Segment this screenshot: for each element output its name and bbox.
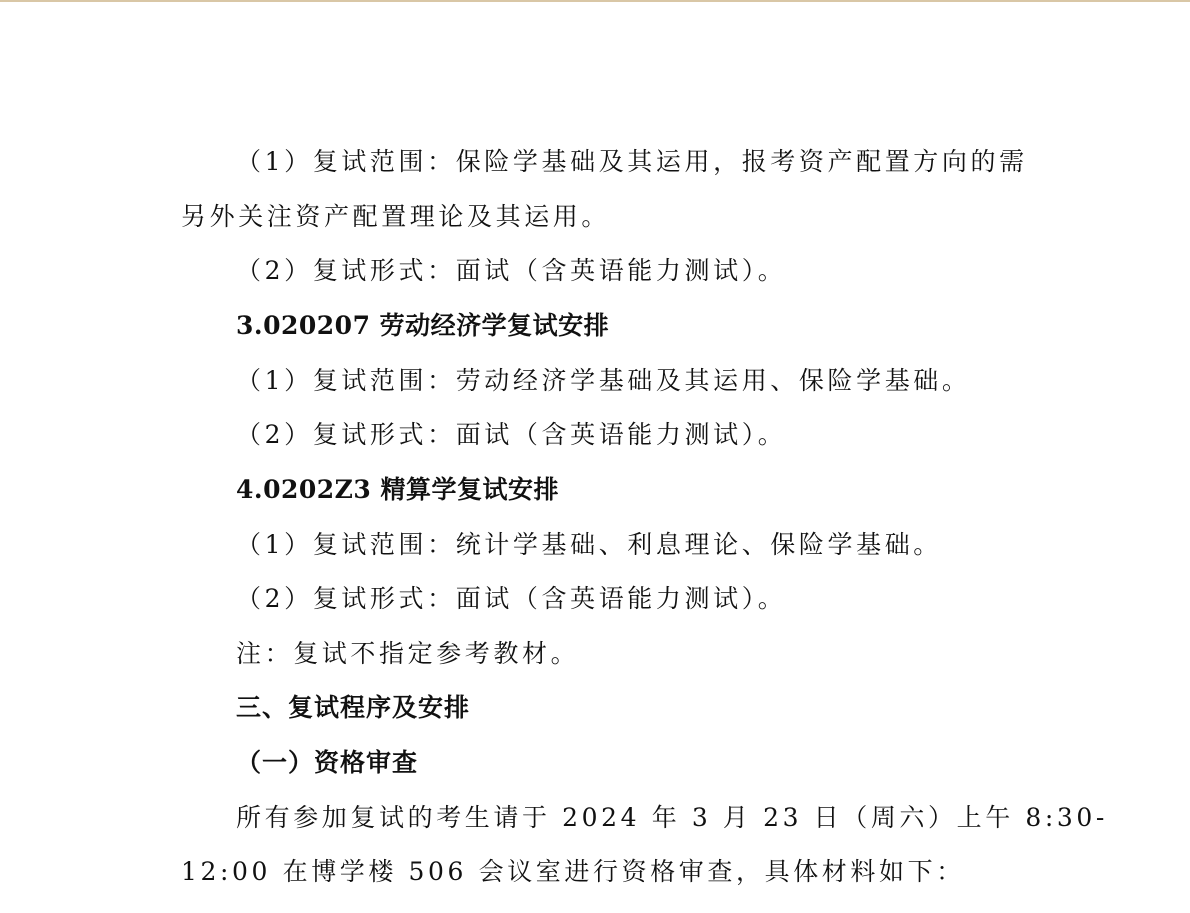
labor-economics-heading: 3.020207 劳动经济学复试安排 [236, 311, 609, 341]
insurance-scope-line-1: （1）复试范围：保险学基础及其运用，报考资产配置方向的需 [236, 147, 1028, 177]
note-line: 注：复试不指定参考教材。 [236, 639, 579, 669]
labor-scope-line: （1）复试范围：劳动经济学基础及其运用、保险学基础。 [236, 366, 971, 396]
qualification-review-heading: （一）资格审查 [236, 748, 418, 778]
review-paragraph-line-1: 所有参加复试的考生请于 2024 年 3 月 23 日（周六）上午 8:30- [236, 803, 1108, 833]
insurance-form-line: （2）复试形式：面试（含英语能力测试）。 [236, 256, 786, 286]
actuarial-form-line: （2）复试形式：面试（含英语能力测试）。 [236, 584, 786, 614]
actuarial-heading: 4.0202Z3 精算学复试安排 [236, 475, 559, 505]
section-3-heading: 三、复试程序及安排 [236, 693, 470, 723]
document-page: （1）复试范围：保险学基础及其运用，报考资产配置方向的需 另外关注资产配置理论及… [0, 0, 1190, 913]
review-paragraph-line-2: 12:00 在博学楼 506 会议室进行资格审查，具体材料如下： [181, 857, 965, 887]
insurance-scope-line-2: 另外关注资产配置理论及其运用。 [181, 202, 610, 232]
actuarial-scope-line: （1）复试范围：统计学基础、利息理论、保险学基础。 [236, 530, 942, 560]
labor-form-line: （2）复试形式：面试（含英语能力测试）。 [236, 420, 786, 450]
